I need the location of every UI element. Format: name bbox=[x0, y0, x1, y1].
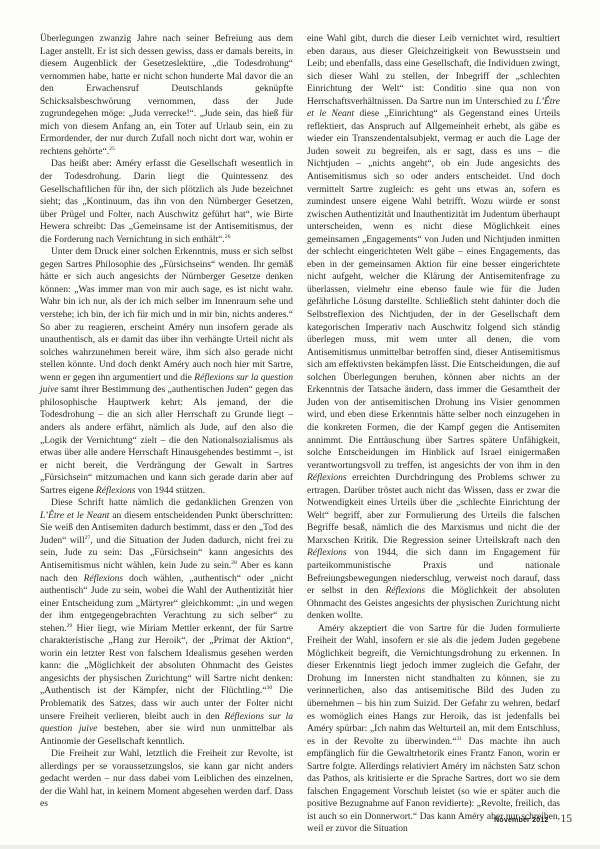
document-page: Überlegungen zwanzig Jahre nach seiner B… bbox=[0, 0, 600, 849]
paragraph: Unter dem Druck einer solchen Erkenntnis… bbox=[40, 246, 293, 497]
text-columns: Überlegungen zwanzig Jahre nach seiner B… bbox=[40, 33, 561, 836]
page-bottom-edge bbox=[0, 845, 600, 849]
page-number: 15 bbox=[561, 813, 573, 825]
left-column: Überlegungen zwanzig Jahre nach seiner B… bbox=[40, 33, 293, 836]
paragraph: Überlegungen zwanzig Jahre nach seiner B… bbox=[40, 33, 293, 158]
paragraph: Diese Schrift hatte nämlich die gedankli… bbox=[40, 497, 293, 748]
issue-date: November 2012 bbox=[494, 817, 548, 824]
paragraph: Das heißt aber: Améry erfasst die Gesell… bbox=[40, 158, 293, 246]
page-footer: November 2012 15 bbox=[494, 813, 572, 825]
right-column: eine Wahl gibt, durch die dieser Leib ve… bbox=[307, 33, 560, 836]
paragraph: eine Wahl gibt, durch die dieser Leib ve… bbox=[307, 33, 560, 623]
paragraph: Die Freiheit zur Wahl, letztlich die Fre… bbox=[40, 748, 293, 811]
paragraph: Améry akzeptiert die von Sartre für die … bbox=[307, 623, 560, 836]
